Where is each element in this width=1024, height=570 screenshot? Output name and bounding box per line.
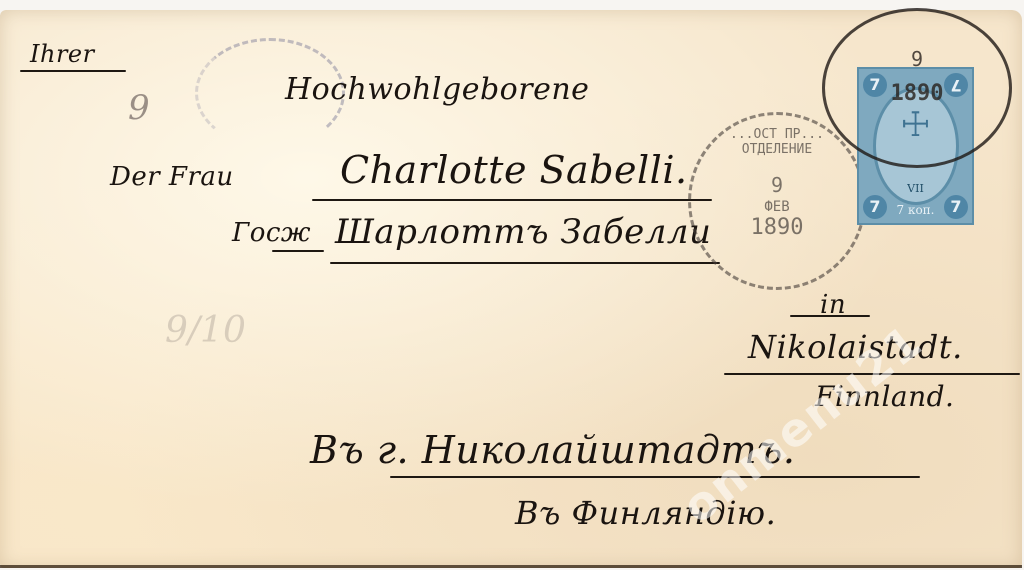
- recipient-name-de: Charlotte Sabelli.: [340, 148, 688, 192]
- postmark-main-year: 1890: [825, 81, 1009, 106]
- recipient-de-underline: [312, 199, 712, 201]
- postmark-arrival: ...ОСТ ПР... ОТДЕЛЕНИЕ 9 ФЕВ 1890: [688, 112, 866, 290]
- postmark-main-day: 9: [825, 47, 1009, 71]
- recipient-prefix-ru-underline: [272, 250, 324, 252]
- envelope: Ihrer 9 9/10 Hochwohlgeborene Der Frau C…: [0, 10, 1022, 568]
- stamp-roman-value: VII: [859, 182, 972, 195]
- recipient-ru-underline: [330, 262, 720, 264]
- city-ru-underline: [390, 476, 920, 478]
- corner-note: Ihrer: [30, 40, 95, 68]
- recipient-name-ru: Шарлоттъ Забелли: [335, 212, 711, 252]
- recipient-prefix-de: Der Frau: [110, 162, 234, 192]
- recipient-prefix-ru: Госж: [232, 218, 311, 248]
- corner-note-underline: [20, 70, 126, 72]
- pencil-faint-mark: 9/10: [165, 310, 246, 351]
- preposition-underline: [790, 315, 870, 317]
- postmark-main: 9 1890: [822, 8, 1012, 168]
- pencil-number: 9: [128, 88, 150, 128]
- postmark-arrival-month: ФЕВ: [691, 199, 863, 215]
- postmark-arrival-year: 1890: [691, 215, 863, 240]
- postmark-arrival-day: 9: [691, 173, 863, 197]
- stamp-denomination: 7 коп.: [859, 203, 972, 217]
- address-salutation: Hochwohlgeborene: [285, 72, 589, 107]
